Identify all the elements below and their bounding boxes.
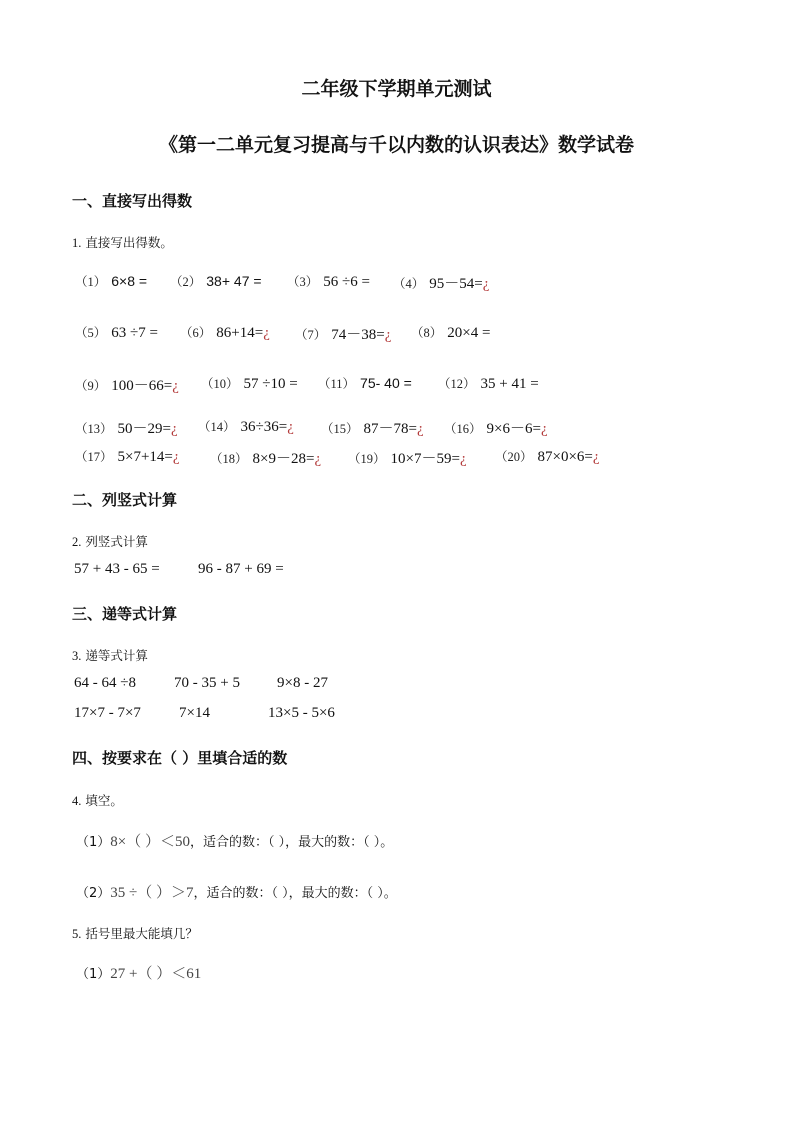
question-number: 2. xyxy=(72,535,81,549)
item-expression: 87－78= xyxy=(364,421,417,437)
section-heading-4: 四、按要求在（ ）里填合适的数 xyxy=(72,747,287,768)
oral-calc-row-1: （1）6×8 = （2）38+ 47 = （3）56 ÷6 = （4）95－54… xyxy=(75,272,775,296)
fill-in-item: （1）27 +（ ）＜61 xyxy=(76,962,201,983)
fill-in-item: （2）35 ÷（ ）＞7，适合的数：（ ），最大的数：（ ）。 xyxy=(76,881,397,902)
section-heading-3: 三、递等式计算 xyxy=(72,603,177,624)
item-expression: 56 ÷6 = xyxy=(323,274,370,290)
question-2-label: 2. 列竖式计算 xyxy=(72,532,148,550)
placeholder-mark: ¿ xyxy=(460,451,467,467)
item-expression: 75- 40 = xyxy=(360,375,412,391)
question-number: 5. xyxy=(72,927,81,941)
item-number: （14） xyxy=(198,420,236,434)
question-1-label: 1. 直接写出得数。 xyxy=(72,233,173,251)
oral-calc-item: （20）87×0×6=¿ xyxy=(495,447,600,466)
item-expression: 100－66= xyxy=(111,378,172,394)
item-number: （6） xyxy=(180,326,211,340)
stepwise-calc-item: 13×5 - 5×6 xyxy=(268,705,335,722)
question-number: 4. xyxy=(72,794,81,808)
item-expression: 95－54= xyxy=(429,276,482,292)
placeholder-mark: ¿ xyxy=(314,451,321,467)
item-blanks[interactable]: ，适合的数：（ ），最大的数：（ ）。 xyxy=(194,886,397,901)
item-number: （7） xyxy=(295,328,326,342)
placeholder-mark: ¿ xyxy=(172,378,179,394)
item-expression: 74－38= xyxy=(331,327,384,343)
item-expression: 38+ 47 = xyxy=(206,273,261,289)
item-expression: 86+14= xyxy=(216,325,263,341)
question-text: 填空。 xyxy=(85,793,123,808)
question-4-label: 4. 填空。 xyxy=(72,791,123,809)
item-expression: 50－29= xyxy=(118,421,171,437)
item-expression: 8×9－28= xyxy=(253,451,315,467)
placeholder-mark: ¿ xyxy=(483,276,490,292)
item-number: （2） xyxy=(170,275,201,289)
item-number: （15） xyxy=(321,422,359,436)
oral-calc-item: （4）95－54=¿ xyxy=(393,272,489,293)
placeholder-mark: ¿ xyxy=(385,327,392,343)
item-expression: 87×0×6= xyxy=(538,449,593,465)
oral-calc-item: （13）50－29=¿ xyxy=(75,417,178,438)
stepwise-calc-item: 17×7 - 7×7 xyxy=(74,705,141,722)
oral-calc-item: （18）8×9－28=¿ xyxy=(210,447,321,468)
question-text: 递等式计算 xyxy=(85,648,148,663)
oral-calc-item: （12）35 + 41 = xyxy=(438,374,539,393)
item-number: （3） xyxy=(287,275,318,289)
oral-calc-row-4: （13）50－29=¿ （14）36÷36=¿ （15）87－78=¿ （16）… xyxy=(75,417,775,439)
item-number: （1） xyxy=(75,275,106,289)
oral-calc-item: （9）100－66=¿ xyxy=(75,374,179,395)
item-number: （12） xyxy=(438,377,476,391)
document-subtitle: 《第一二单元复习提高与千以内数的认识表达》数学试卷 xyxy=(0,130,793,157)
fill-in-item: （1）8×（ ）＜50，适合的数：（ ），最大的数：（ ）。 xyxy=(76,830,393,851)
item-number: （10） xyxy=(201,377,239,391)
item-expression: 20×4 = xyxy=(447,325,490,341)
oral-calc-item: （1）6×8 = xyxy=(75,272,147,291)
section-heading-1: 一、直接写出得数 xyxy=(72,190,192,211)
item-expression: 36÷36= xyxy=(241,419,288,435)
placeholder-mark: ¿ xyxy=(171,421,178,437)
question-number: 1. xyxy=(72,236,81,250)
oral-calc-item: （3）56 ÷6 = xyxy=(287,272,370,291)
item-number: （4） xyxy=(393,277,424,291)
item-number: （16） xyxy=(444,422,482,436)
placeholder-mark: ¿ xyxy=(287,419,294,435)
oral-calc-item: （15）87－78=¿ xyxy=(321,417,424,438)
item-number: （1） xyxy=(76,835,110,850)
question-text: 直接写出得数。 xyxy=(85,235,173,250)
vertical-calc-item: 96 - 87 + 69 = xyxy=(198,561,284,578)
stepwise-calc-item: 70 - 35 + 5 xyxy=(174,675,240,692)
item-expression: 8×（ ）＜50 xyxy=(110,834,190,850)
oral-calc-item: （14）36÷36=¿ xyxy=(198,417,294,436)
placeholder-mark: ¿ xyxy=(263,325,270,341)
question-5-label: 5. 括号里最大能填几？ xyxy=(72,924,198,942)
placeholder-mark: ¿ xyxy=(173,449,180,465)
placeholder-mark: ¿ xyxy=(593,449,600,465)
oral-calc-item: （19）10×7－59=¿ xyxy=(348,447,467,468)
placeholder-mark: ¿ xyxy=(541,421,548,437)
oral-calc-row-5: （17）5×7+14=¿ （18）8×9－28=¿ （19）10×7－59=¿ … xyxy=(75,447,793,469)
oral-calc-item: （10）57 ÷10 = xyxy=(201,374,298,393)
section-heading-2: 二、列竖式计算 xyxy=(72,489,177,510)
item-number: （5） xyxy=(75,326,106,340)
item-number: （9） xyxy=(75,379,106,393)
oral-calc-item: （11）75- 40 = xyxy=(318,374,412,393)
placeholder-mark: ¿ xyxy=(417,421,424,437)
item-expression: 5×7+14= xyxy=(118,449,173,465)
question-text: 列竖式计算 xyxy=(85,534,148,549)
document-title: 二年级下学期单元测试 xyxy=(0,74,793,101)
item-number: （20） xyxy=(495,450,533,464)
question-number: 3. xyxy=(72,649,81,663)
item-number: （8） xyxy=(411,326,442,340)
item-expression: 35 ÷（ ）＞7 xyxy=(110,885,193,901)
item-number: （1） xyxy=(76,967,110,982)
oral-calc-item: （2）38+ 47 = xyxy=(170,272,262,291)
item-expression[interactable]: 27 +（ ）＜61 xyxy=(110,966,201,982)
vertical-calc-item: 57 + 43 - 65 = xyxy=(74,561,160,578)
item-expression: 57 ÷10 = xyxy=(244,376,298,392)
oral-calc-row-2: （5）63 ÷7 = （6）86+14=¿ （7）74－38=¿ （8）20×4… xyxy=(75,323,775,347)
oral-calc-item: （16）9×6－6=¿ xyxy=(444,417,548,438)
oral-calc-item: （8）20×4 = xyxy=(411,323,490,342)
item-number: （17） xyxy=(75,450,113,464)
item-number: （13） xyxy=(75,422,113,436)
item-expression: 63 ÷7 = xyxy=(111,325,158,341)
oral-calc-row-3: （9）100－66=¿ （10）57 ÷10 = （11）75- 40 = （1… xyxy=(75,374,775,398)
oral-calc-item: （7）74－38=¿ xyxy=(295,323,391,344)
oral-calc-item: （17）5×7+14=¿ xyxy=(75,447,180,466)
item-number: （11） xyxy=(318,377,355,391)
item-number: （2） xyxy=(76,886,110,901)
stepwise-calc-item: 7×14 xyxy=(179,705,210,722)
item-blanks[interactable]: ，适合的数：（ ），最大的数：（ ）。 xyxy=(190,835,393,850)
item-expression: 35 + 41 = xyxy=(481,376,539,392)
item-expression: 6×8 = xyxy=(111,273,147,289)
oral-calc-item: （5）63 ÷7 = xyxy=(75,323,158,342)
question-3-label: 3. 递等式计算 xyxy=(72,646,148,664)
item-number: （19） xyxy=(348,452,386,466)
item-number: （18） xyxy=(210,452,248,466)
item-expression: 9×6－6= xyxy=(487,421,541,437)
stepwise-calc-item: 64 - 64 ÷8 xyxy=(74,675,136,692)
oral-calc-item: （6）86+14=¿ xyxy=(180,323,270,342)
item-expression: 10×7－59= xyxy=(391,451,460,467)
stepwise-calc-item: 9×8 - 27 xyxy=(277,675,328,692)
question-text: 括号里最大能填几？ xyxy=(85,926,198,941)
